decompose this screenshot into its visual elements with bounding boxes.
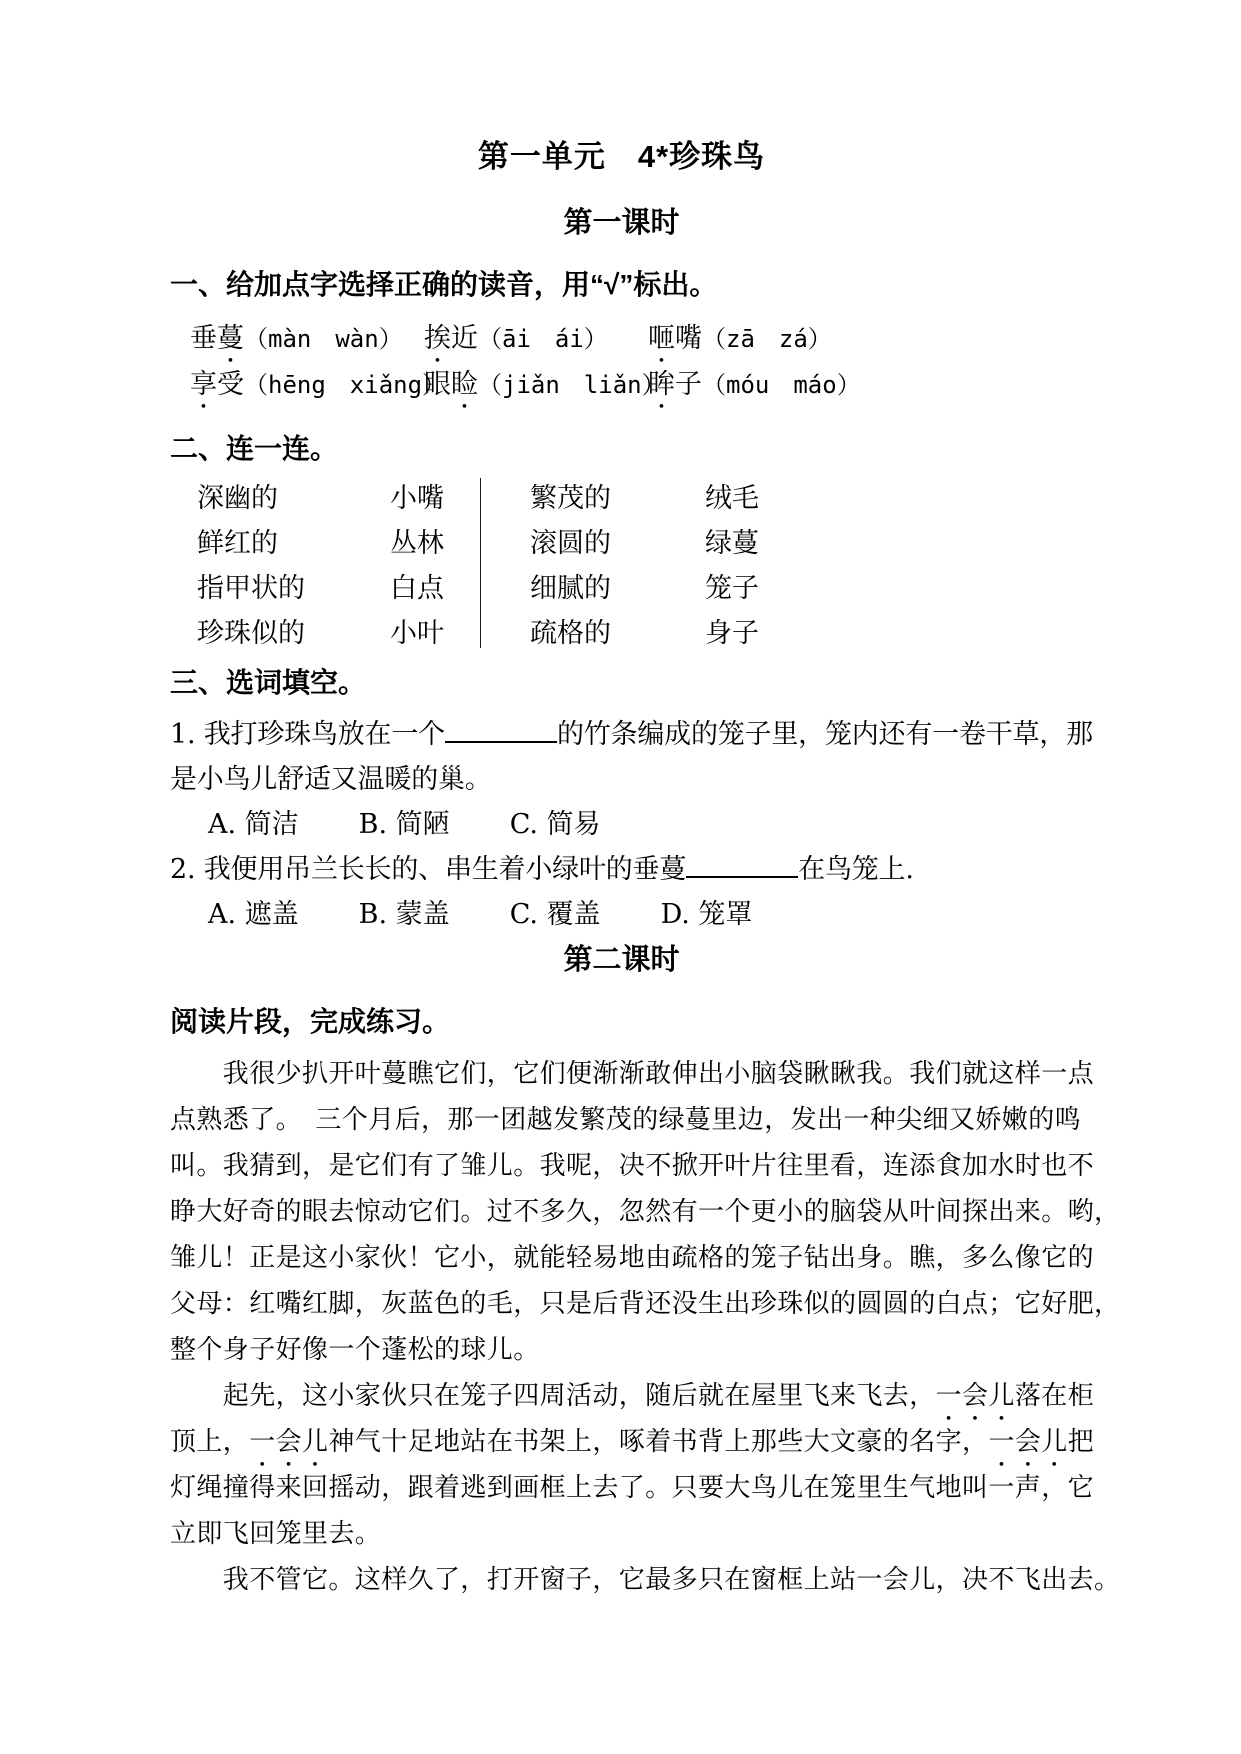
match-row: 珍珠似的小叶疏格的身子 xyxy=(170,611,1073,656)
character: 眸 xyxy=(648,362,675,407)
match-right-noun: 笼子 xyxy=(705,566,759,611)
worksheet-page: 第一单元 4*珍珠鸟 第一课时 一、给加点字选择正确的读音，用“√”标出。 垂蔓… xyxy=(0,0,1241,1754)
match-row: 指甲状的白点细腻的笼子 xyxy=(170,566,1073,611)
match-row: 深幽的小嘴繁茂的绒毛 xyxy=(170,476,1073,521)
passage-line: 父母：红嘴红脚，灰蓝色的毛，只是后背还没生出珍珠似的圆圆的白点；它好肥， xyxy=(170,1281,1073,1327)
fill-blank-underline xyxy=(686,853,798,878)
passage-text: 顶上， xyxy=(170,1427,249,1457)
passage-text: 灯绳撞得来回摇动，跟着逃到画框上去了。只要大鸟儿在笼里生气地叫一声，它 xyxy=(170,1473,1094,1503)
match-right-adjective: 滚圆的 xyxy=(530,521,705,566)
passage-text: 神气十足地站在书架上，啄着书背上那些大文豪的名字， xyxy=(328,1427,988,1457)
character: 挨 xyxy=(424,316,451,361)
passage-line: 起先，这小家伙只在笼子四周活动，随后就在屋里飞来飞去，一会儿落在柜 xyxy=(170,1373,1073,1419)
character: 儿 xyxy=(988,1373,1014,1419)
question-two-text-post: 在鸟笼上. xyxy=(798,854,914,885)
pinyin-item: 挨近（āi ái） xyxy=(424,316,648,362)
character: 会 xyxy=(276,1419,302,1465)
character: 一 xyxy=(936,1373,962,1419)
page-content: 第一单元 4*珍珠鸟 第一课时 一、给加点字选择正确的读音，用“√”标出。 垂蔓… xyxy=(0,0,1241,1603)
lesson-two-heading: 第二课时 xyxy=(170,945,1073,975)
emphasized-word: 一会儿 xyxy=(249,1427,328,1457)
pinyin-reading: （zā zá） xyxy=(702,325,832,353)
match-row: 鲜红的丛林滚圆的绿蔓 xyxy=(170,521,1073,566)
match-left-noun: 丛林 xyxy=(390,521,530,566)
passage-line: 灯绳撞得来回摇动，跟着逃到画框上去了。只要大鸟儿在笼里生气地叫一声，它 xyxy=(170,1465,1073,1511)
question-one-text-post: 的竹条编成的笼子里，笼内还有一卷干草，那 xyxy=(557,719,1093,750)
character: 受 xyxy=(217,362,244,407)
pinyin-row: 享受（hēng xiǎng）眼睑（jiǎn liǎn）眸子（móu máo） xyxy=(170,362,1073,408)
fill-blank-underline xyxy=(445,718,557,743)
passage-text: 睁大好奇的眼去惊动它们。过不多久，忽然有一个更小的脑袋从叶间探出来。哟， xyxy=(170,1197,1120,1227)
reading-passage: 我很少扒开叶蔓瞧它们，它们便渐渐敢伸出小脑袋瞅瞅我。我们就这样一点点熟悉了。 三… xyxy=(170,1051,1073,1603)
dotted-word: 挨近 xyxy=(424,323,478,354)
character: 享 xyxy=(190,362,217,407)
pinyin-item: 享受（hēng xiǎng） xyxy=(190,362,424,408)
pinyin-choice-rows: 垂蔓（màn wàn）挨近（āi ái）咂嘴（zā zá）享受（hēng xiǎ… xyxy=(170,316,1073,408)
question-one-line-two: 是小鸟儿舒适又温暖的巢。 xyxy=(170,757,1073,802)
match-left-adjective: 指甲状的 xyxy=(197,566,390,611)
section-three-heading: 三、选词填空。 xyxy=(170,668,1073,698)
option-item: D. 笼罩 xyxy=(661,892,753,937)
question-two-text-pre: 2. 我便用吊兰长长的、串生着小绿叶的垂蔓 xyxy=(170,854,686,885)
option-item: B. 简陋 xyxy=(359,802,450,847)
dotted-word: 眼睑 xyxy=(424,369,478,400)
character: 嘴 xyxy=(675,316,702,361)
passage-text: 父母：红嘴红脚，灰蓝色的毛，只是后背还没生出珍珠似的圆圆的白点；它好肥， xyxy=(170,1289,1120,1319)
character: 蔓 xyxy=(217,316,244,361)
section-two-heading: 二、连一连。 xyxy=(170,434,1073,464)
pinyin-reading: （móu máo） xyxy=(702,371,861,399)
question-one-text-pre: 1. 我打珍珠鸟放在一个 xyxy=(170,719,445,750)
section-one-heading: 一、给加点字选择正确的读音，用“√”标出。 xyxy=(170,270,1073,300)
character: 垂 xyxy=(190,316,217,361)
page-title: 第一单元 4*珍珠鸟 xyxy=(170,140,1073,174)
question-two-options: A. 遮盖B. 蒙盖C. 覆盖D. 笼罩 xyxy=(170,892,1073,937)
character: 一 xyxy=(249,1419,275,1465)
character: 一 xyxy=(988,1419,1014,1465)
passage-text: 起先，这小家伙只在笼子四周活动，随后就在屋里飞来飞去， xyxy=(170,1381,936,1411)
question-two-line: 2. 我便用吊兰长长的、串生着小绿叶的垂蔓在鸟笼上. xyxy=(170,847,1073,892)
passage-text: 整个身子好像一个蓬松的球儿。 xyxy=(170,1335,540,1365)
option-item: A. 简洁 xyxy=(208,802,299,847)
pinyin-item: 眼睑（jiǎn liǎn） xyxy=(424,362,648,408)
passage-line: 叫。我猜到，是它们有了雏儿。我呢，决不掀开叶片往里看，连添食加水时也不 xyxy=(170,1143,1073,1189)
match-right-noun: 绿蔓 xyxy=(705,521,759,566)
match-right-noun: 身子 xyxy=(705,611,759,656)
passage-text: 落在柜 xyxy=(1015,1381,1094,1411)
passage-line: 点熟悉了。 三个月后，那一团越发繁茂的绿蔓里边，发出一种尖细又娇嫩的鸣 xyxy=(170,1097,1073,1143)
matching-exercise-grid: 深幽的小嘴繁茂的绒毛鲜红的丛林滚圆的绿蔓指甲状的白点细腻的笼子珍珠似的小叶疏格的… xyxy=(170,476,1073,656)
pinyin-item: 眸子（móu máo） xyxy=(648,362,861,408)
character: 儿 xyxy=(302,1419,328,1465)
character: 睑 xyxy=(451,362,478,407)
match-right-adjective: 繁茂的 xyxy=(530,476,705,521)
passage-line: 雏儿！正是这小家伙！它小，就能轻易地由疏格的笼子钻出身。瞧，多么像它的 xyxy=(170,1235,1073,1281)
passage-text: 立即飞回笼里去。 xyxy=(170,1519,381,1549)
match-right-noun: 绒毛 xyxy=(705,476,759,521)
pinyin-reading: （jiǎn liǎn） xyxy=(478,371,666,399)
pinyin-reading: （màn wàn） xyxy=(244,325,403,353)
reading-instruction: 阅读片段，完成练习。 xyxy=(170,1007,1073,1037)
passage-text: 叫。我猜到，是它们有了雏儿。我呢，决不掀开叶片往里看，连添食加水时也不 xyxy=(170,1151,1094,1181)
passage-line: 我不管它。这样久了，打开窗子，它最多只在窗框上站一会儿，决不飞出去。 xyxy=(170,1557,1073,1603)
option-item: C. 简易 xyxy=(510,802,601,847)
option-item: B. 蒙盖 xyxy=(359,892,450,937)
match-left-noun: 小叶 xyxy=(390,611,530,656)
match-right-adjective: 细腻的 xyxy=(530,566,705,611)
dotted-word: 眸子 xyxy=(648,369,702,400)
question-one-line-one: 1. 我打珍珠鸟放在一个的竹条编成的笼子里，笼内还有一卷干草，那 xyxy=(170,712,1073,757)
character: 会 xyxy=(1015,1419,1041,1465)
match-right-adjective: 疏格的 xyxy=(530,611,705,656)
passage-line: 立即飞回笼里去。 xyxy=(170,1511,1073,1557)
option-item: C. 覆盖 xyxy=(510,892,601,937)
match-divider-line xyxy=(480,478,481,648)
dotted-word: 咂嘴 xyxy=(648,323,702,354)
option-item: A. 遮盖 xyxy=(208,892,299,937)
character: 眼 xyxy=(424,362,451,407)
pinyin-item: 垂蔓（màn wàn） xyxy=(190,316,424,362)
match-left-adjective: 珍珠似的 xyxy=(197,611,390,656)
character: 儿 xyxy=(1041,1419,1067,1465)
question-one-options: A. 简洁B. 简陋C. 简易 xyxy=(170,802,1073,847)
character: 近 xyxy=(451,316,478,361)
pinyin-row: 垂蔓（màn wàn）挨近（āi ái）咂嘴（zā zá） xyxy=(170,316,1073,362)
match-left-adjective: 深幽的 xyxy=(197,476,390,521)
pinyin-reading: （hēng xiǎng） xyxy=(244,371,446,399)
dotted-word: 垂蔓 xyxy=(190,323,244,354)
passage-text: 雏儿！正是这小家伙！它小，就能轻易地由疏格的笼子钻出身。瞧，多么像它的 xyxy=(170,1243,1094,1273)
passage-text: 点熟悉了。 三个月后，那一团越发繁茂的绿蔓里边，发出一种尖细又娇嫩的鸣 xyxy=(170,1105,1081,1135)
passage-text: 我很少扒开叶蔓瞧它们，它们便渐渐敢伸出小脑袋瞅瞅我。我们就这样一点 xyxy=(170,1059,1094,1089)
passage-text: 把 xyxy=(1068,1427,1094,1457)
passage-line: 我很少扒开叶蔓瞧它们，它们便渐渐敢伸出小脑袋瞅瞅我。我们就这样一点 xyxy=(170,1051,1073,1097)
pinyin-item: 咂嘴（zā zá） xyxy=(648,316,832,362)
passage-line: 睁大好奇的眼去惊动它们。过不多久，忽然有一个更小的脑袋从叶间探出来。哟， xyxy=(170,1189,1073,1235)
lesson-one-heading: 第一课时 xyxy=(170,208,1073,238)
passage-line: 顶上，一会儿神气十足地站在书架上，啄着书背上那些大文豪的名字，一会儿把 xyxy=(170,1419,1073,1465)
character: 咂 xyxy=(648,316,675,361)
emphasized-word: 一会儿 xyxy=(936,1381,1015,1411)
character: 会 xyxy=(962,1373,988,1419)
passage-line: 整个身子好像一个蓬松的球儿。 xyxy=(170,1327,1073,1373)
match-left-noun: 白点 xyxy=(390,566,530,611)
match-left-noun: 小嘴 xyxy=(390,476,530,521)
match-left-adjective: 鲜红的 xyxy=(197,521,390,566)
emphasized-word: 一会儿 xyxy=(988,1427,1067,1457)
dotted-word: 享受 xyxy=(190,369,244,400)
character: 子 xyxy=(675,362,702,407)
pinyin-reading: （āi ái） xyxy=(478,325,608,353)
passage-text: 我不管它。这样久了，打开窗子，它最多只在窗框上站一会儿，决不飞出去。 xyxy=(170,1565,1120,1595)
